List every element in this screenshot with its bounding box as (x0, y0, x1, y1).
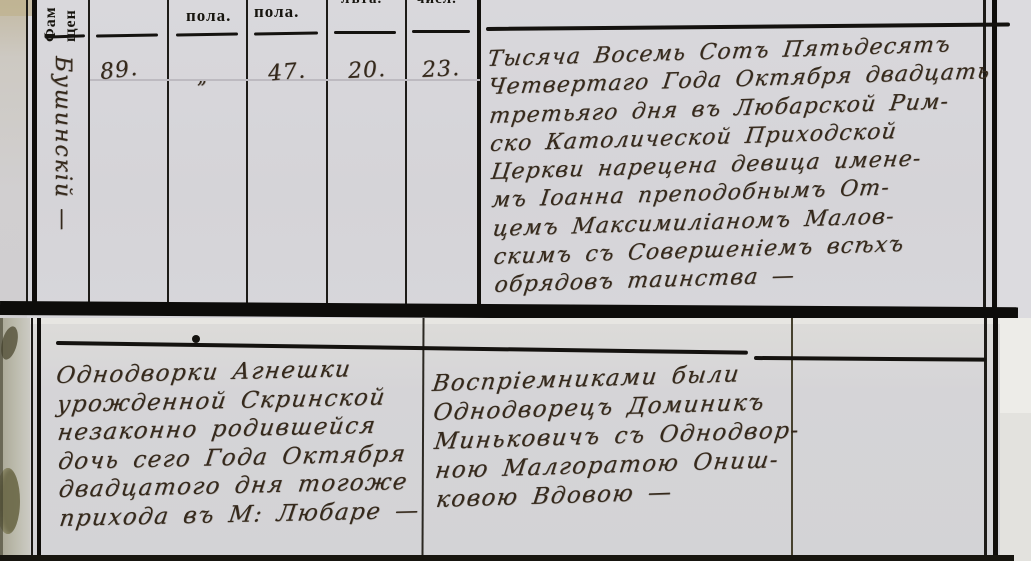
page-edge-shadow (0, 318, 3, 561)
header-fragment: лѣта. (341, 0, 382, 8)
page-edge-left-top (0, 0, 27, 318)
header-rule (176, 32, 238, 36)
column-line (88, 0, 90, 306)
header-fragment: числ. (416, 0, 457, 8)
baptism-record-text: Тысяча Восемь Сотъ Пятьдесятъ Четвертаго… (487, 29, 1031, 301)
table-border-left-inner (37, 318, 41, 561)
entry-number: 89. (99, 56, 140, 85)
scan-bottom-edge (0, 555, 1014, 561)
header-female-sex: пола. (254, 2, 299, 22)
table-border-right-outer (993, 318, 998, 558)
godparents-info-text: Воспріемниками были Однодворецъ Доминикъ… (432, 358, 806, 515)
bottom-record-section: Однодворки Агнешки урожденной Скринской … (0, 318, 1031, 561)
table-border-left-inner (32, 0, 37, 308)
header-rule (334, 31, 396, 34)
column-line (405, 0, 407, 306)
section-bottom-border (0, 301, 1018, 318)
parents-info-text: Однодворки Агнешки урожденной Скринской … (56, 354, 430, 533)
header-rule (412, 30, 470, 33)
registry-scan: Фам щен пола. пола. лѣта. числ. Бушинскі… (0, 0, 1031, 561)
header-rule (254, 31, 318, 35)
table-border-left-outer (31, 318, 33, 561)
table-border-right-inner (984, 318, 987, 558)
ink-dot (192, 335, 200, 343)
birth-day-number: 20. (347, 57, 386, 84)
male-ditto-mark: „ (197, 66, 208, 88)
female-count-number: 47. (267, 58, 307, 86)
header-male-sex: пола. (186, 6, 231, 26)
paper-beyond-right-light (1000, 318, 1031, 413)
column-line (167, 0, 169, 306)
priest-surname-rotated: Бушинскій — (50, 56, 75, 291)
baptism-day-number: 23. (421, 56, 460, 83)
page-corner-shade (0, 0, 34, 16)
header-rule (96, 33, 158, 37)
header-rule-wide (486, 22, 1010, 31)
scan-seam-gap (0, 318, 1031, 324)
table-border-left-outer (26, 0, 28, 308)
column-line (246, 0, 248, 306)
column-line (326, 0, 328, 306)
row-top-rule-left (56, 341, 748, 355)
top-record-section: Фам щен пола. пола. лѣта. числ. Бушинскі… (0, 0, 1031, 318)
column-line-heavy (477, 0, 481, 306)
